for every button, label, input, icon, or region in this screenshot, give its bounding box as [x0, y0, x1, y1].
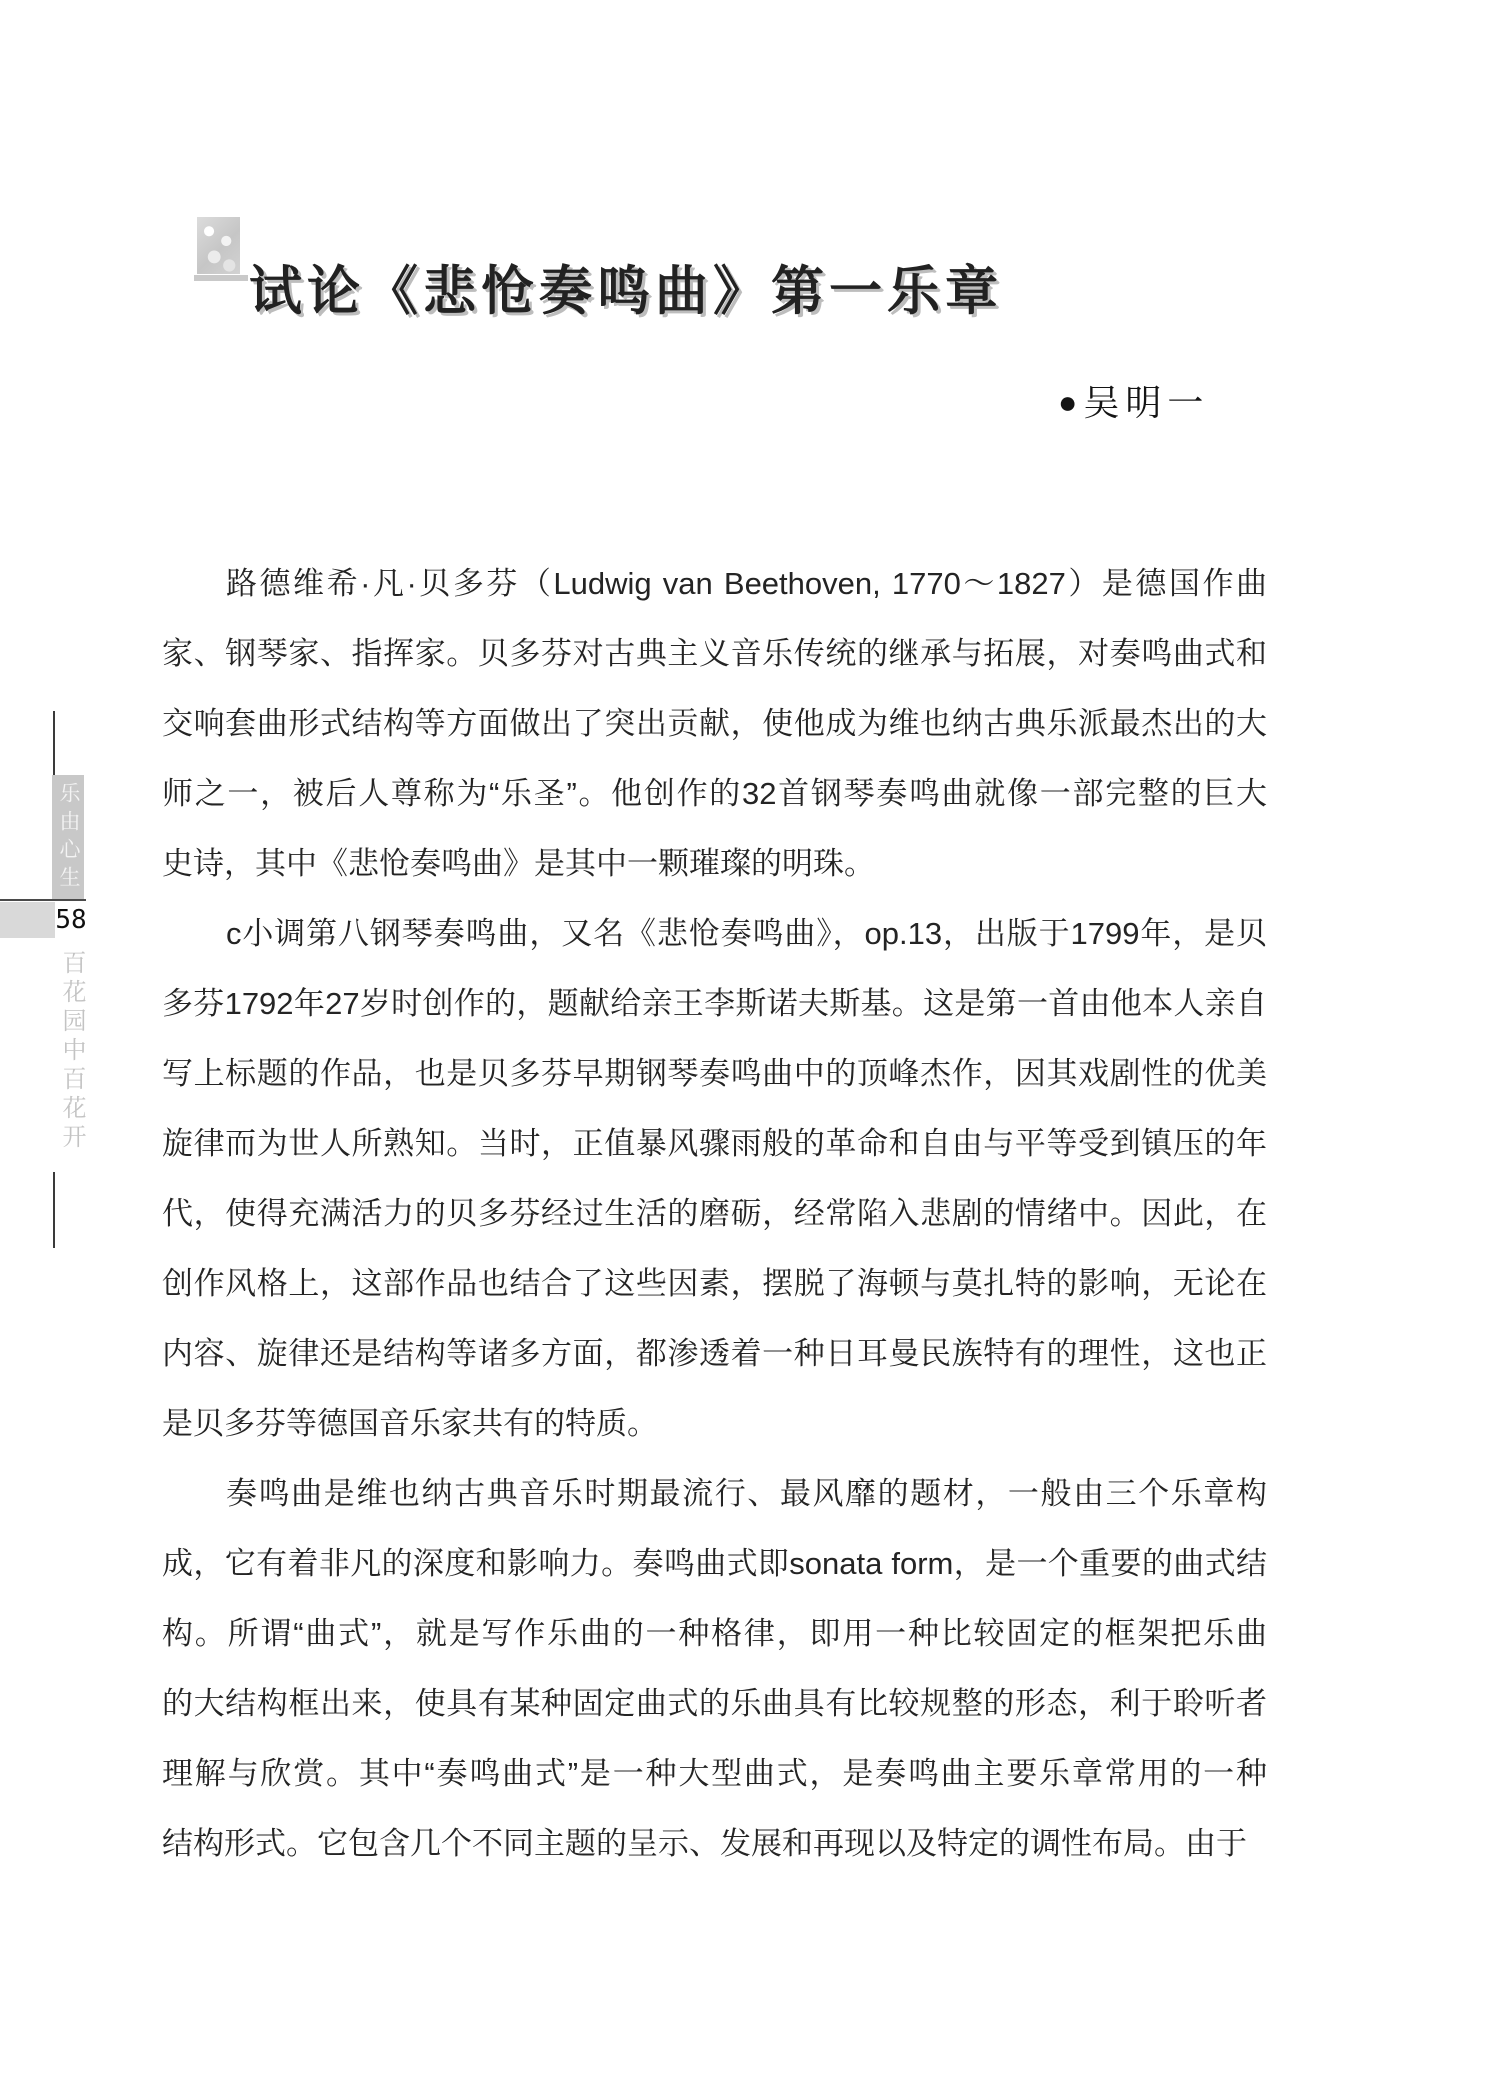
body-text-line: 师之一，被后人尊称为“乐圣”。他创作的32首钢琴奏鸣曲就像一部完整的巨大 [162, 759, 1267, 829]
sidebar-divider-line-bottom [53, 1172, 55, 1248]
body-text-line: 交响套曲形式结构等方面做出了突出贡献，使他成为维也纳古典乐派最杰出的大 [162, 689, 1267, 759]
article-body: 路德维希·凡·贝多芬（Ludwig van Beethoven, 1770～18… [162, 549, 1267, 1879]
sidebar-column-label-bottom: 百花园中百花开 [54, 950, 89, 1160]
body-text-line: 史诗，其中《悲怆奏鸣曲》是其中一颗璀璨的明珠。 [162, 829, 1267, 899]
body-text-line: 家、钢琴家、指挥家。贝多芬对古典主义音乐传统的继承与拓展，对奏鸣曲式和 [162, 619, 1267, 689]
body-text-line: 内容、旋律还是结构等诸多方面，都渗透着一种日耳曼民族特有的理性，这也正 [162, 1319, 1267, 1389]
body-text-line: 的大结构框出来，使具有某种固定曲式的乐曲具有比较规整的形态，利于聆听者 [162, 1669, 1267, 1739]
body-text-line: 多芬1792年27岁时创作的，题献给亲王李斯诺夫斯基。这是第一首由他本人亲自 [162, 969, 1267, 1039]
page-number: 58 [55, 902, 87, 938]
body-text-line: 理解与欣赏。其中“奏鸣曲式”是一种大型曲式，是奏鸣曲主要乐章常用的一种 [162, 1739, 1267, 1809]
author-name: 吴明一 [1083, 383, 1209, 423]
author-line: ●吴明一 [1058, 375, 1209, 426]
page-title: 试论《悲怆奏鸣曲》第一乐章 [249, 249, 1003, 325]
title-flower-icon [197, 217, 240, 274]
body-text-line: 旋律而为世人所熟知。当时，正值暴风骤雨般的革命和自由与平等受到镇压的年 [162, 1109, 1267, 1179]
body-text-line: 奏鸣曲是维也纳古典音乐时期最流行、最风靡的题材，一般由三个乐章构 [162, 1459, 1267, 1529]
body-text-line: 构。所谓“曲式”，就是写作乐曲的一种格律，即用一种比较固定的框架把乐曲 [162, 1599, 1267, 1669]
sidebar-divider-line-top [53, 711, 55, 775]
sidebar-column-label-top: 乐由心生 [52, 775, 84, 901]
body-text-line: 成，它有着非凡的深度和影响力。奏鸣曲式即sonata form，是一个重要的曲式… [162, 1529, 1267, 1599]
body-text-line: 路德维希·凡·贝多芬（Ludwig van Beethoven, 1770～18… [162, 549, 1267, 619]
body-text-line: 结构形式。它包含几个不同主题的呈示、发展和再现以及特定的调性布局。由于 [162, 1809, 1267, 1879]
page-number-strip [0, 902, 55, 938]
body-text-line: 写上标题的作品，也是贝多芬早期钢琴奏鸣曲中的顶峰杰作，因其戏剧性的优美 [162, 1039, 1267, 1109]
body-text-line: 创作风格上，这部作品也结合了这些因素，摆脱了海顿与莫扎特的影响，无论在 [162, 1249, 1267, 1319]
body-text-line: 代，使得充满活力的贝多芬经过生活的磨砺，经常陷入悲剧的情绪中。因此，在 [162, 1179, 1267, 1249]
body-text-line: c小调第八钢琴奏鸣曲，又名《悲怆奏鸣曲》，op.13，出版于1799年，是贝 [162, 899, 1267, 969]
sidebar-column-label-top-text: 乐由心生 [53, 782, 83, 894]
body-text-line: 是贝多芬等德国音乐家共有的特质。 [162, 1389, 1267, 1459]
author-bullet-icon: ● [1058, 384, 1083, 420]
sidebar-horizontal-rule [0, 899, 86, 901]
title-icon-underline [194, 275, 248, 281]
